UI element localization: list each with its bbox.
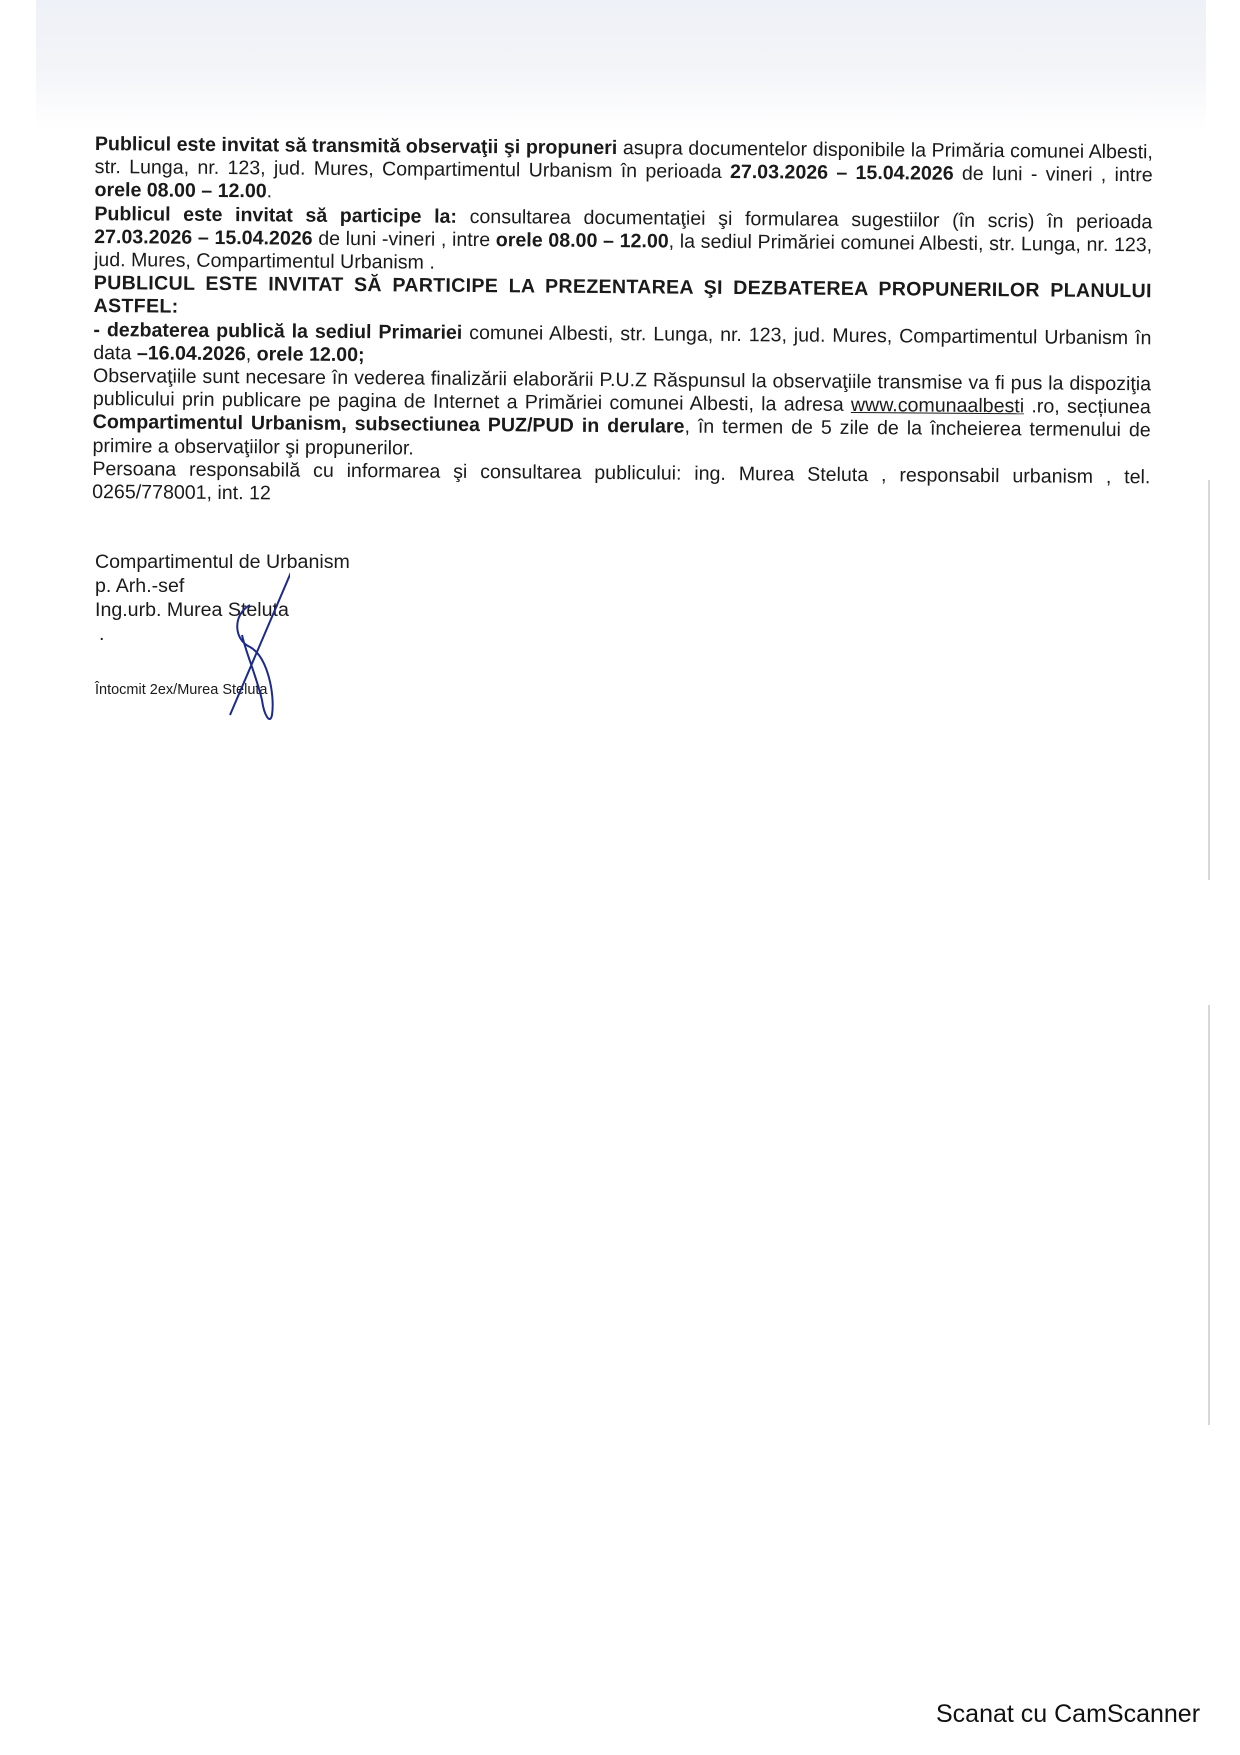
camscanner-watermark: Scanat cu CamScanner <box>936 1700 1200 1729</box>
text-segment: PUBLICUL ESTE INVITAT SĂ PARTICIPE LA PR… <box>94 272 1152 318</box>
document-body: Publicul este invitat să transmită obser… <box>92 133 1153 513</box>
text-segment: Compartimentul Urbanism, subsectiunea PU… <box>93 411 685 438</box>
text-segment: de luni -vineri , intre <box>312 228 495 251</box>
text-segment: 27.03.2026 – 15.04.2026 <box>94 226 313 250</box>
paragraph-p4: - dezbaterea publică la sediul Primariei… <box>93 319 1151 374</box>
scan-shadow <box>36 0 1206 130</box>
page-edge <box>1208 480 1210 880</box>
text-segment: .ro, secțiunea <box>1024 396 1151 419</box>
paragraph-p2: Publicul este invitat să participe la: c… <box>94 203 1153 281</box>
text-segment: orele 12.00; <box>257 343 365 366</box>
text-segment: de luni - vineri , intre <box>954 163 1153 187</box>
text-segment: orele 08.00 – 12.00 <box>94 179 266 202</box>
text-segment: Persoana responsabilă cu informarea şi c… <box>92 458 1150 505</box>
paragraph-p5: Observaţiile sunt necesare în vederea fi… <box>92 365 1151 466</box>
website-link[interactable]: www.comunaalbesti <box>851 394 1024 417</box>
page-edge <box>1208 1005 1210 1425</box>
paragraph-p1: Publicul este invitat să transmită obser… <box>94 133 1153 211</box>
handwritten-signature-icon <box>220 565 290 725</box>
text-segment: , <box>246 343 257 365</box>
text-segment: orele 08.00 – 12.00 <box>496 229 669 252</box>
text-segment: . <box>267 181 273 203</box>
text-segment: –16.04.2026 <box>137 342 246 365</box>
text-segment: Publicul este invitat să participe la: <box>94 203 457 228</box>
text-segment: Publicul este invitat să transmită obser… <box>95 133 618 159</box>
text-segment: - dezbaterea publică la sediul Primariei <box>93 319 462 344</box>
text-segment: 27.03.2026 – 15.04.2026 <box>730 161 954 185</box>
paragraph-p3: PUBLICUL ESTE INVITAT SĂ PARTICIPE LA PR… <box>94 272 1152 327</box>
paragraph-p6: Persoana responsabilă cu informarea şi c… <box>92 458 1150 513</box>
